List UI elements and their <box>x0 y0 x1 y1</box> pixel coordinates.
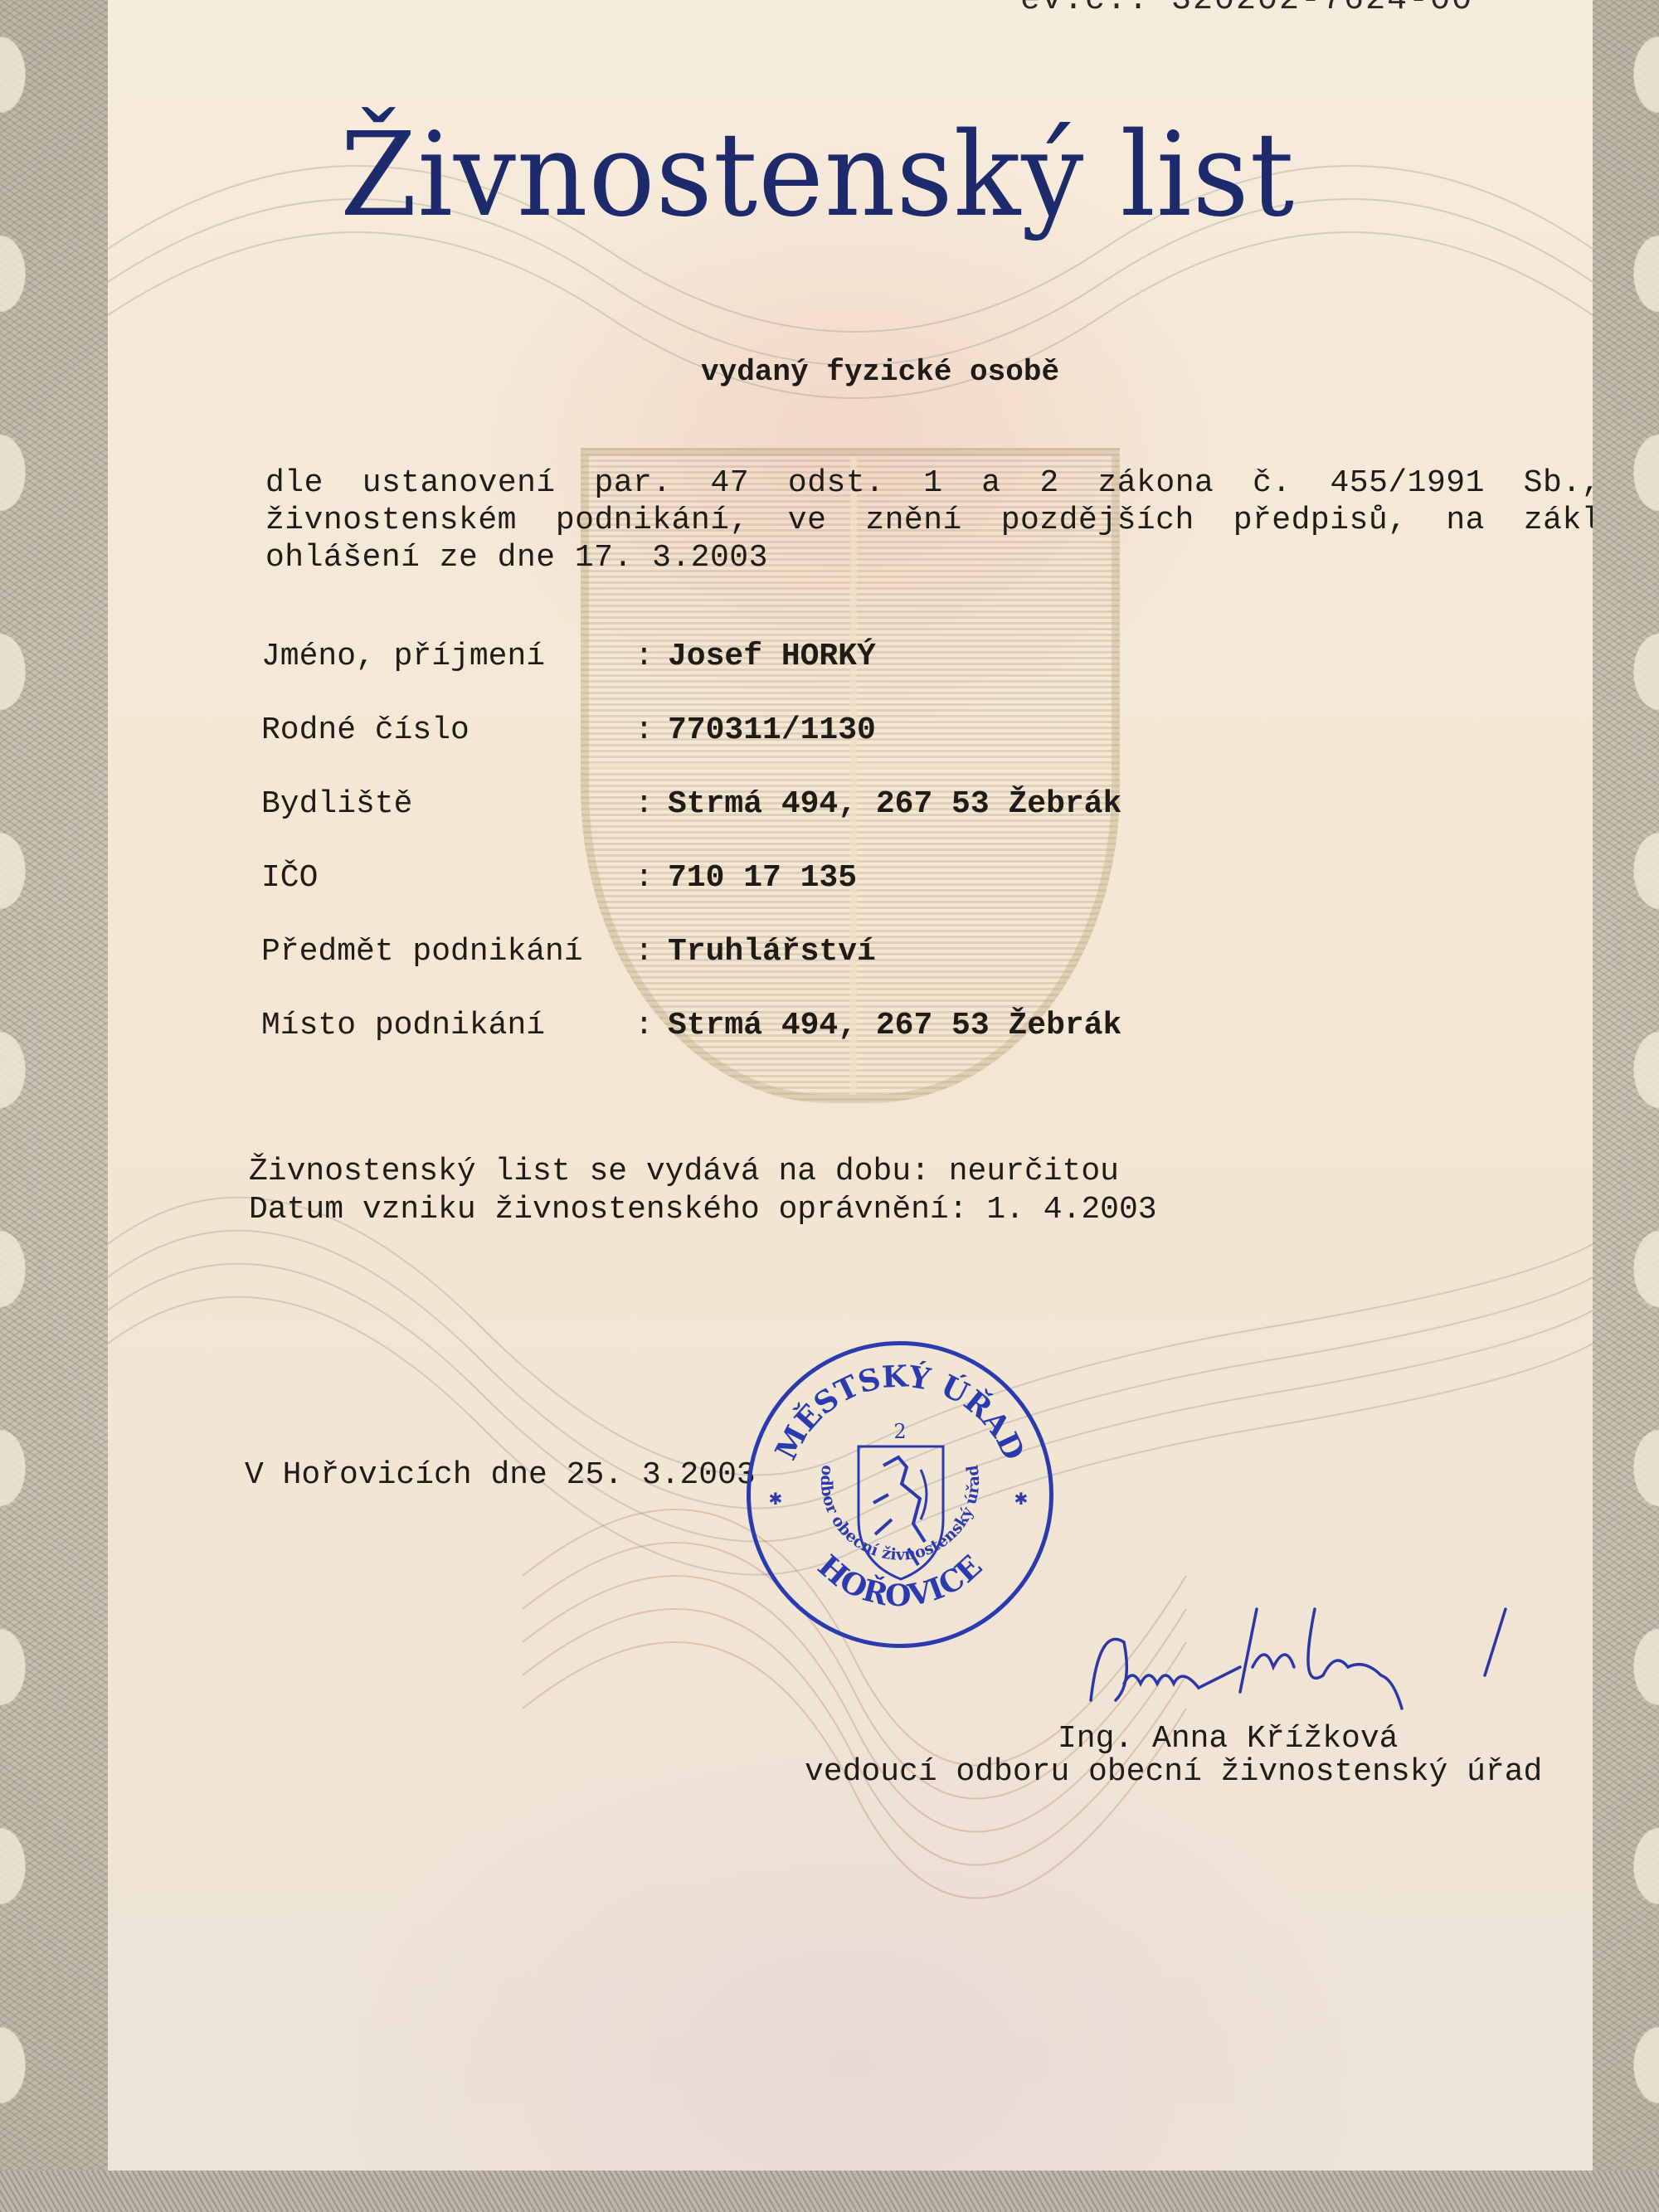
field-value: Truhlářství <box>668 934 876 970</box>
field-row-birth-number: Rodné číslo : 770311/1130 <box>261 712 1121 786</box>
holder-fields: Jméno, příjmení : Josef HORKÝ Rodné čísl… <box>261 639 1121 1082</box>
field-value: 710 17 135 <box>668 860 857 896</box>
stamp-star-left-icon: ✱ <box>769 1486 782 1511</box>
validity-block: Živnostenský list se vydává na dobu: neu… <box>249 1153 1157 1229</box>
signer-role: vedoucí odboru obecní živnostenský úřad <box>805 1754 1542 1790</box>
field-separator: : <box>635 712 668 748</box>
signer-name: Ing. Anna Křížková <box>1058 1721 1398 1757</box>
field-row-business-subject: Předmět podnikání : Truhlářství <box>261 934 1121 1008</box>
stamp-star-right-icon: ✱ <box>1014 1486 1028 1511</box>
field-label: Jméno, příjmení <box>261 639 635 674</box>
field-value: Strmá 494, 267 53 Žebrák <box>668 1008 1121 1043</box>
guilloche-bottom-border <box>0 2171 1659 2212</box>
validity-line: Živnostenský list se vydává na dobu: neu… <box>249 1153 1157 1191</box>
origin-date-line: Datum vzniku živnostenského oprávnění: 1… <box>249 1191 1157 1229</box>
field-separator: : <box>635 1008 668 1043</box>
field-label: Rodné číslo <box>261 712 635 748</box>
field-separator: : <box>635 934 668 970</box>
field-separator: : <box>635 639 668 674</box>
field-row-ico: IČO : 710 17 135 <box>261 860 1121 934</box>
legal-preamble: dle ustanovení par. 47 odst. 1 a 2 zákon… <box>265 464 1593 576</box>
field-value: Josef HORKÝ <box>668 639 876 674</box>
border-wave-left <box>0 0 108 2212</box>
field-row-name: Jméno, příjmení : Josef HORKÝ <box>261 639 1121 712</box>
stamp-top-text: MĚSTSKÝ ÚŘAD <box>769 1359 1032 1466</box>
registration-number: ev.č.: 320202-7624-00 <box>1020 0 1473 19</box>
field-separator: : <box>635 786 668 822</box>
place-and-date: V Hořovicích dne 25. 3.2003 <box>245 1457 756 1493</box>
document-subtitle: vydaný fyzické osobě <box>701 355 1059 389</box>
field-label: IČO <box>261 860 635 896</box>
stamp-inner-text: odbor obecní živnostenský úřad <box>817 1464 983 1564</box>
stamp-number: 2 <box>893 1420 906 1443</box>
stamp-graphic: MĚSTSKÝ ÚŘAD HOŘOVICE odbor obecní živno… <box>751 1345 1049 1644</box>
document-title: Živnostenský list <box>340 108 1522 243</box>
official-stamp: MĚSTSKÝ ÚŘAD HOŘOVICE odbor obecní živno… <box>747 1341 1053 1648</box>
certificate-paper: ev.č.: 320202-7624-00 Živnostenský list … <box>108 0 1593 2173</box>
field-value: 770311/1130 <box>668 712 876 748</box>
field-separator: : <box>635 860 668 896</box>
field-label: Předmět podnikání <box>261 934 635 970</box>
field-value: Strmá 494, 267 53 Žebrák <box>668 786 1121 822</box>
handwritten-signature <box>1074 1592 1539 1717</box>
field-label: Místo podnikání <box>261 1008 635 1043</box>
field-row-business-place: Místo podnikání : Strmá 494, 267 53 Žebr… <box>261 1008 1121 1082</box>
field-row-residence: Bydliště : Strmá 494, 267 53 Žebrák <box>261 786 1121 860</box>
field-label: Bydliště <box>261 786 635 822</box>
